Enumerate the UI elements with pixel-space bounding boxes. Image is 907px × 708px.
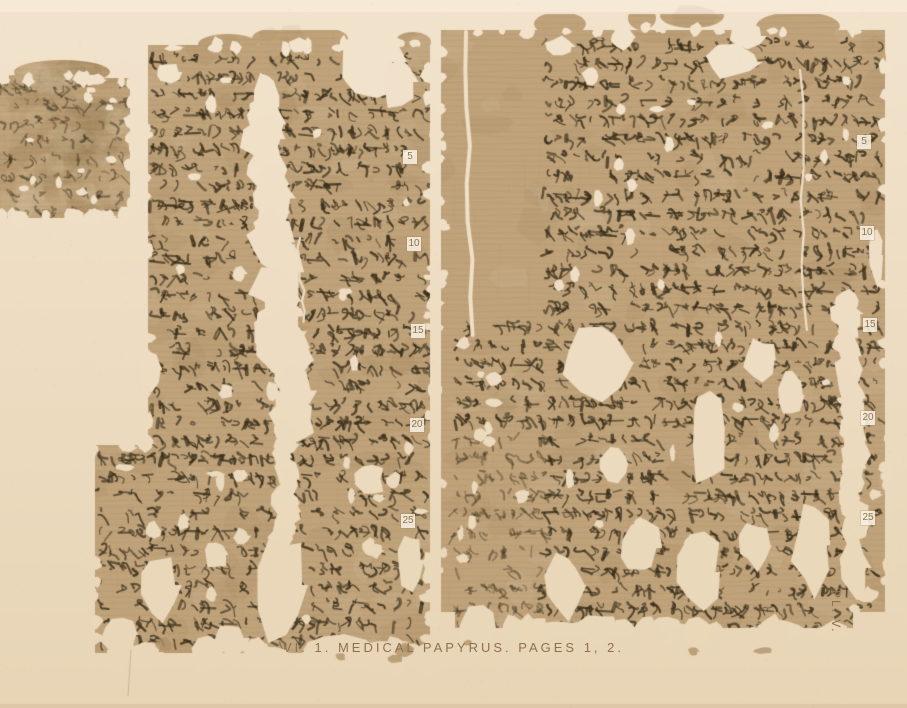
line-number-marker-page2-10: 10 xyxy=(860,226,874,240)
line-number-marker-page1-20: 20 xyxy=(410,418,424,432)
line-number-marker-page1-25: 25 xyxy=(401,514,415,528)
papyrus-plate-scan: 510152025510152025 VI. 1. MEDICAL PAPYRU… xyxy=(0,0,907,708)
line-number-marker-page2-25: 25 xyxy=(861,511,875,525)
plate-caption: VI. 1. MEDICAL PAPYRUS. PAGES 1, 2. xyxy=(0,640,907,655)
line-number-marker-page1-15: 15 xyxy=(411,324,425,338)
line-number-marker-page2-20: 20 xyxy=(861,411,875,425)
line-number-marker-page2-15: 15 xyxy=(863,318,877,332)
papyrus-photo-canvas xyxy=(0,0,907,708)
plate-number-label: PL. V. xyxy=(829,590,843,660)
line-number-marker-page2-5: 5 xyxy=(857,135,871,149)
line-number-marker-page1-5: 5 xyxy=(403,150,417,164)
line-number-marker-page1-10: 10 xyxy=(407,237,421,251)
